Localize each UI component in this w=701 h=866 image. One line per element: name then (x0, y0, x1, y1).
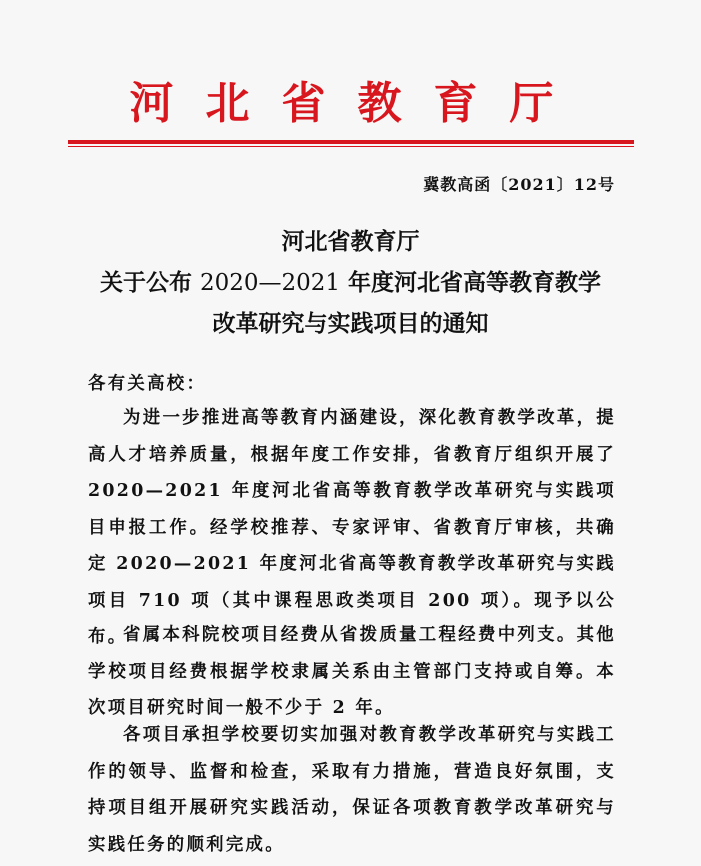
title-line-1: 河北省教育厅 (0, 221, 701, 263)
letterhead-rule-thin (68, 146, 634, 147)
title-line-2: 关于公布 2020—2021 年度河北省高等教育教学 (0, 262, 701, 304)
title-line-2-prefix: 关于公布 (100, 270, 200, 296)
title-line-3: 改革研究与实践项目的通知 (0, 303, 701, 345)
title-line-2-suffix: 年度河北省高等教育教学 (340, 270, 601, 296)
paragraph-2: 省属本科院校项目经费从省拨质量工程经费中列支。其他学校项目经费根据学校隶属关系由… (88, 617, 616, 727)
salutation: 各有关高校： (88, 366, 616, 403)
letterhead-title: 河北省教育厅 (0, 78, 701, 130)
letterhead-rule-thick (68, 140, 634, 144)
paragraph-3: 各项目承担学校要切实加强对教育教学改革研究与实践工作的领导、监督和检查，采取有力… (88, 717, 616, 863)
document-number: 冀教高函〔2021〕12号 (423, 172, 615, 195)
title-line-2-years: 2020—2021 (200, 270, 340, 296)
